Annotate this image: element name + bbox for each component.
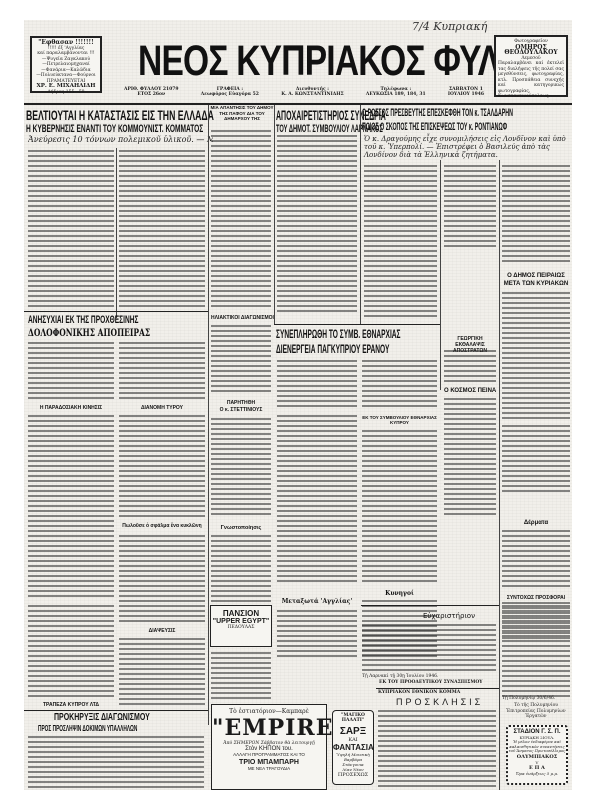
section-rule xyxy=(24,710,208,711)
empire-ad: Τὸ ἑστιατόριον—Καμπαρὲ "EMPIRE" Ἀπὸ ΣΗΜΕ… xyxy=(211,704,327,790)
column-rule xyxy=(208,105,209,725)
empire-act: ΤΡΙΟ ΜΠΑΜΠΑΡΗ xyxy=(212,759,326,766)
magic-palace-ad: "ΜΑΓΙΚΟ ΠΑΛΑΤΙ" ΣΑΡΞ ΚΑΙ ΦΑΝΤΑΣΙΑ Ὑψηλὴ … xyxy=(332,710,374,785)
empire-line5: ΜΕ ΝΕΑ ΤΡΑΓΟΥΔΙΑ xyxy=(212,766,326,771)
a21-body xyxy=(119,638,205,708)
director-info: Διευθυντής :Κ. Α. ΚΩΝΣΤΑΝΤΙΝΙΔΗΣ xyxy=(281,87,343,98)
a4-body-col2 xyxy=(444,165,496,250)
a1-subhead: Ἀνεύρεσις 10 τόννων πολεμικοῦ ὑλικοῦ. — … xyxy=(28,135,213,144)
a6-body xyxy=(211,325,271,395)
column-rule xyxy=(440,160,441,390)
a4-headline2: ΠΟΙΟΣ Ο ΣΚΟΠΟΣ ΤΗΣ ΕΠΙΣΚΕΨΕΩΣ ΤΟΥ κ. ΡΟΝ… xyxy=(362,121,507,133)
issue-info: ΑΡΙΘ. ΦΥΛΛΟΥ 21079ΕΤΟΣ 26ον xyxy=(124,87,179,98)
a1-headline2: Η ΚΥΒΕΡΝΗΣΙΣ ΕΝΑΝΤΙ ΤΟΥ ΚΟΜΜΟΥΝΙΣΤ. ΚΟΜΜ… xyxy=(26,123,203,135)
a16-body xyxy=(28,605,114,700)
a18-headline: Γνωστοποίησις xyxy=(211,525,271,531)
column-rule xyxy=(499,160,500,790)
a21-headline: ΔΙΑΨΕΥΣΙΣ xyxy=(119,628,205,634)
thanks-body xyxy=(362,624,496,674)
a14-headline: ΠΑΡΗΤΗΘΗ xyxy=(211,400,271,406)
masthead-rule xyxy=(24,103,572,105)
ear-dealer: ΧΡ. Ε. ΜΙΧΑΗΛΙΔΗ xyxy=(34,84,98,90)
column-rule xyxy=(274,105,275,325)
ear-line: καί παραλαμβάνονται !!! xyxy=(34,51,98,57)
invitation-party: ΚΥΠΡΙΑΚΟΝ ΕΘΝΙΚΟΝ ΚΟΜΜΑ xyxy=(378,690,460,695)
a11-body-col2 xyxy=(362,430,437,585)
thanks-date: Τῇ Λαρνακί τῇ 30ῃ Ἰουλίου 1946. xyxy=(362,674,438,679)
a11-headline: ΕΚ ΤΟΥ ΣΥΜΒΟΥΛΙΟΥ ΕΘΝΑΡΧΙΑΣ ΚΥΠΡΟΥ xyxy=(362,415,437,425)
phone-info: Τηλέφωνα :ΛΕΥΚΩΣΙΑ 189, 184, 31 xyxy=(366,87,426,98)
a9-headline: Ο ΚΟΣΜΟΣ ΠΕΙΝΑ xyxy=(444,388,496,394)
section-rule xyxy=(274,324,440,325)
a6-headline: ΗΛΙΑΚΤΙΚΟΙ ΔΙΑΓΩΝΙΣΜΟΙ xyxy=(211,315,271,321)
a25-body xyxy=(502,530,570,590)
date-info: ΣΑΒΒΑΤΟΝ 1ΙΟΥΛΙΟΥ 1946 xyxy=(448,87,484,98)
a22-headline: Μεταξωτά 'Αγγλίας' xyxy=(277,598,357,605)
a10-headline: Ο ΔΗΜΟΣ ΠΕΙΡΑΙΩΣ xyxy=(502,273,570,279)
a17-headline: Πωλοῦσε ὁ σφάλμα ἕνα κυκλῶνη xyxy=(119,523,205,529)
office-info: ΓΡΑΦΕΙΑ :Λεωφόρος Εὐαγόρα 52 xyxy=(201,87,259,98)
ear-address: Λήδρας 155—59 xyxy=(34,90,98,96)
a8-body xyxy=(444,350,496,385)
pension-ad: ΠΑΝΣΙΟΝ "UPPER EGYPT" ΠΕΔΟΥΛΑΣ xyxy=(210,605,272,647)
a5-body-col2 xyxy=(119,342,205,402)
union-date: Τῇ Πολυμηνίῳ 30/6/46. xyxy=(502,696,555,701)
invitation-body xyxy=(378,710,496,788)
stadium-ad: ΣΤΑΔΙΟΝ Γ. Σ. Π. ΚΥΡΙΑΚΗ 2ΙΟΥΛ. Ἡ μέλον … xyxy=(506,725,568,785)
a7-headline2: ΔΙΕΝΕΡΓΕΙΑ ΠΑΓΚΥΠΡΙΟΥ ΕΡΑΝΟΥ xyxy=(276,342,389,356)
section-rule xyxy=(24,311,208,312)
section-rule xyxy=(361,605,499,606)
a7-headline: ΣΥΝΕΠΛΗΡΩΘΗ ΤΟ ΣΥΜΒ. ΕΘΝΑΡΧΙΑΣ xyxy=(276,327,401,341)
column-rule xyxy=(116,148,117,318)
section-rule xyxy=(376,688,499,689)
a1-body-col1 xyxy=(28,150,114,308)
ear-item: —Πολυεύκτανα—Φούρνοι xyxy=(34,73,98,79)
a5-headline2: ΔΟΛΟΦΟΝΙΚΗΣ ΑΠΟΠΕΙΡΑΣ xyxy=(28,328,150,339)
a18-body xyxy=(211,535,271,605)
union-body xyxy=(502,602,570,642)
pension-title: ΠΑΝΣΙΟΝ xyxy=(211,609,271,618)
a20-headline: ΠΡΟΚΗΡΥΞΙΣ ΔΙΑΓΩΝΙΣΜΟΥ xyxy=(54,712,150,723)
thanks-signoff: ΕΚ ΤΟΥ ΠΡΟΟΔΕΥΤΙΚΟΥ ΣΥΝΑΣΠΙΣΜΟΥ xyxy=(379,680,482,685)
ear-name: ΟΜΗΡΟΣ ΘΕΟΔΟΥΛΑΚΟΥ xyxy=(498,45,564,56)
a2-body xyxy=(211,130,271,308)
a15-body xyxy=(119,415,205,520)
a1-headline: ΒΕΛΤΙΟΥΤΑΙ Η ΚΑΤΑΣΤΑΣΙΣ ΕΙΣ ΤΗΝ ΕΛΛΑΔΑ xyxy=(26,107,214,123)
masthead-title: ΝΕΟΣ ΚΥΠΡΙΑΚΟΣ ΦΥΛΑΞ xyxy=(138,38,544,84)
stadium-desc: Ἡ μέλον ἐνδιαφέρον καὶ καλαισθητικὸν συν… xyxy=(508,740,566,754)
empire-name: "EMPIRE" xyxy=(212,715,326,741)
thanks-headline: Εὐχαριστήριον xyxy=(404,612,494,620)
ear-body: Παραλαμβάνει καί ἐκτελεῖ τας διαλήψεις τ… xyxy=(498,61,564,100)
a5-body-col1 xyxy=(28,342,114,402)
magic-title3: ΦΑΝΤΑΣΙΑ xyxy=(333,743,373,752)
magic-venue: "ΜΑΓΙΚΟ ΠΑΛΑΤΙ" xyxy=(333,713,373,723)
a17-body xyxy=(119,535,205,625)
handwritten-note: 7/4 Κυπριακή xyxy=(412,20,487,33)
a10-headline2: ΜΕΤΑ ΤΩΝ ΚΥΡΙΑΚΩΝ xyxy=(502,281,570,287)
a23-headline: Κυνηγοί xyxy=(362,590,437,597)
a25-headline: Δέρματα xyxy=(502,520,570,526)
a22-body xyxy=(277,610,357,660)
magic-title1: ΣΑΡΞ xyxy=(333,726,373,737)
column-rule xyxy=(360,105,361,325)
ear-item: —Πετρελαιομηχαναί xyxy=(34,62,98,68)
a4-subhead: Ὁ κ. Δραγούμης εἶχε συνομιλήσεις εἰς Λον… xyxy=(364,135,570,159)
a26-headline: ΣΥΝΤΟΧΩΣ ΠΡΟΣΦΟΡΑΙ xyxy=(502,595,570,601)
invitation-headline: ΠΡΟΣΚΛΗΣΙΣ xyxy=(396,697,483,707)
a5-headline: ΑΝΗΣΥΧΙΑΙ ΕΚ ΤΗΣ ΠΡΟΧΘΕΣΙΝΗΣ xyxy=(28,314,138,326)
a4-headline: Ο ΡΩΣΣΟΣ ΠΡΕΣΒΕΥΤΗΣ ΕΠΕΣΚΕΦΘΗ ΤΟΝ κ. ΤΣΑ… xyxy=(362,107,513,119)
a10-body xyxy=(502,292,570,422)
magic-coming: ΠΡΟΣΕΧΩΣ xyxy=(333,772,373,778)
a14-headline2: Ο κ. ΣΤΕΤΤΙΝΙΟΥΣ xyxy=(211,407,271,413)
empire-line1: Τὸ ἑστιατόριον—Καμπαρὲ xyxy=(212,708,326,715)
a3-body xyxy=(277,135,357,313)
left-ear-ad: "Εφθασαν !!!!!!! !!!!! ἐξ 'Αγγλίας καί π… xyxy=(30,36,102,93)
a7-body-col2 xyxy=(362,360,437,410)
a12-body xyxy=(28,415,114,600)
a2-headline: ΜΙΑ ΑΠΑΝΤΗΣΙΣ ΤΟΥ ΔΗΜΟΥ ΤΗΣ ΠΑΦΟΥ ΔΙΑ ΤΟ… xyxy=(209,105,275,122)
a4-body-col1 xyxy=(364,165,437,320)
right-ear-ad: Φωτογραφεῖον ΟΜΗΡΟΣ ΘΕΟΔΟΥΛΑΚΟΥ Λεμεσοῦ … xyxy=(494,35,568,97)
stadium-time: Ὥρα ἐνάρξεως 5 μ.μ. xyxy=(508,771,566,776)
misc-body xyxy=(211,652,271,702)
a14-body xyxy=(211,418,271,518)
ear-title: "Εφθασαν !!!!!!! xyxy=(34,40,98,46)
a20-headline2: ΠΡΟΣ ΠΡΟΣΛΗΨΙΝ ΔΟΚΙΜΩΝ ΥΠΑΛΛΗΛΩΝ xyxy=(38,724,137,733)
union-signoff: Τὸ τῆς Πολυμηνίου Ἐπιτροπείας Πολυμηνίων… xyxy=(502,703,570,720)
dateline-bar: ΑΡΙΘ. ΦΥΛΛΟΥ 21079ΕΤΟΣ 26ον ΓΡΑΦΕΙΑ :Λεω… xyxy=(124,83,484,101)
a7-body-col1 xyxy=(277,360,357,410)
pension-name: "UPPER EGYPT" xyxy=(211,618,271,625)
a13-body xyxy=(502,425,570,495)
empire-line4: ΑΛΛΑΓΗ ΠΡΟΓΡΑΜΜΑΤΟΣ ΚΑΙ ΤΟ xyxy=(212,752,326,757)
a20-body xyxy=(28,736,204,788)
a4-body-col3 xyxy=(502,165,570,265)
newspaper-page: "Εφθασαν !!!!!!! !!!!! ἐξ 'Αγγλίας καί π… xyxy=(24,20,572,790)
a11-body-col1 xyxy=(277,415,357,585)
a12-headline: Η ΠΑΡΑΔΟΣΙΑΚΗ ΚΙΝΗΣΙΣ xyxy=(28,405,114,411)
a15-headline: ΔΙΑΝΟΜΗ ΤΥΡΟΥ xyxy=(119,405,205,411)
a9-body xyxy=(444,398,496,518)
magic-desc2: Βαρβάρα Στάνγουικ xyxy=(333,757,373,767)
a1-body-col2 xyxy=(119,150,205,308)
pension-location: ΠΕΔΟΥΛΑΣ xyxy=(211,625,271,630)
a19-headline: ΤΡΑΠΕΖΑ ΚΥΠΡΟΥ ΛΤΔ xyxy=(28,702,114,708)
